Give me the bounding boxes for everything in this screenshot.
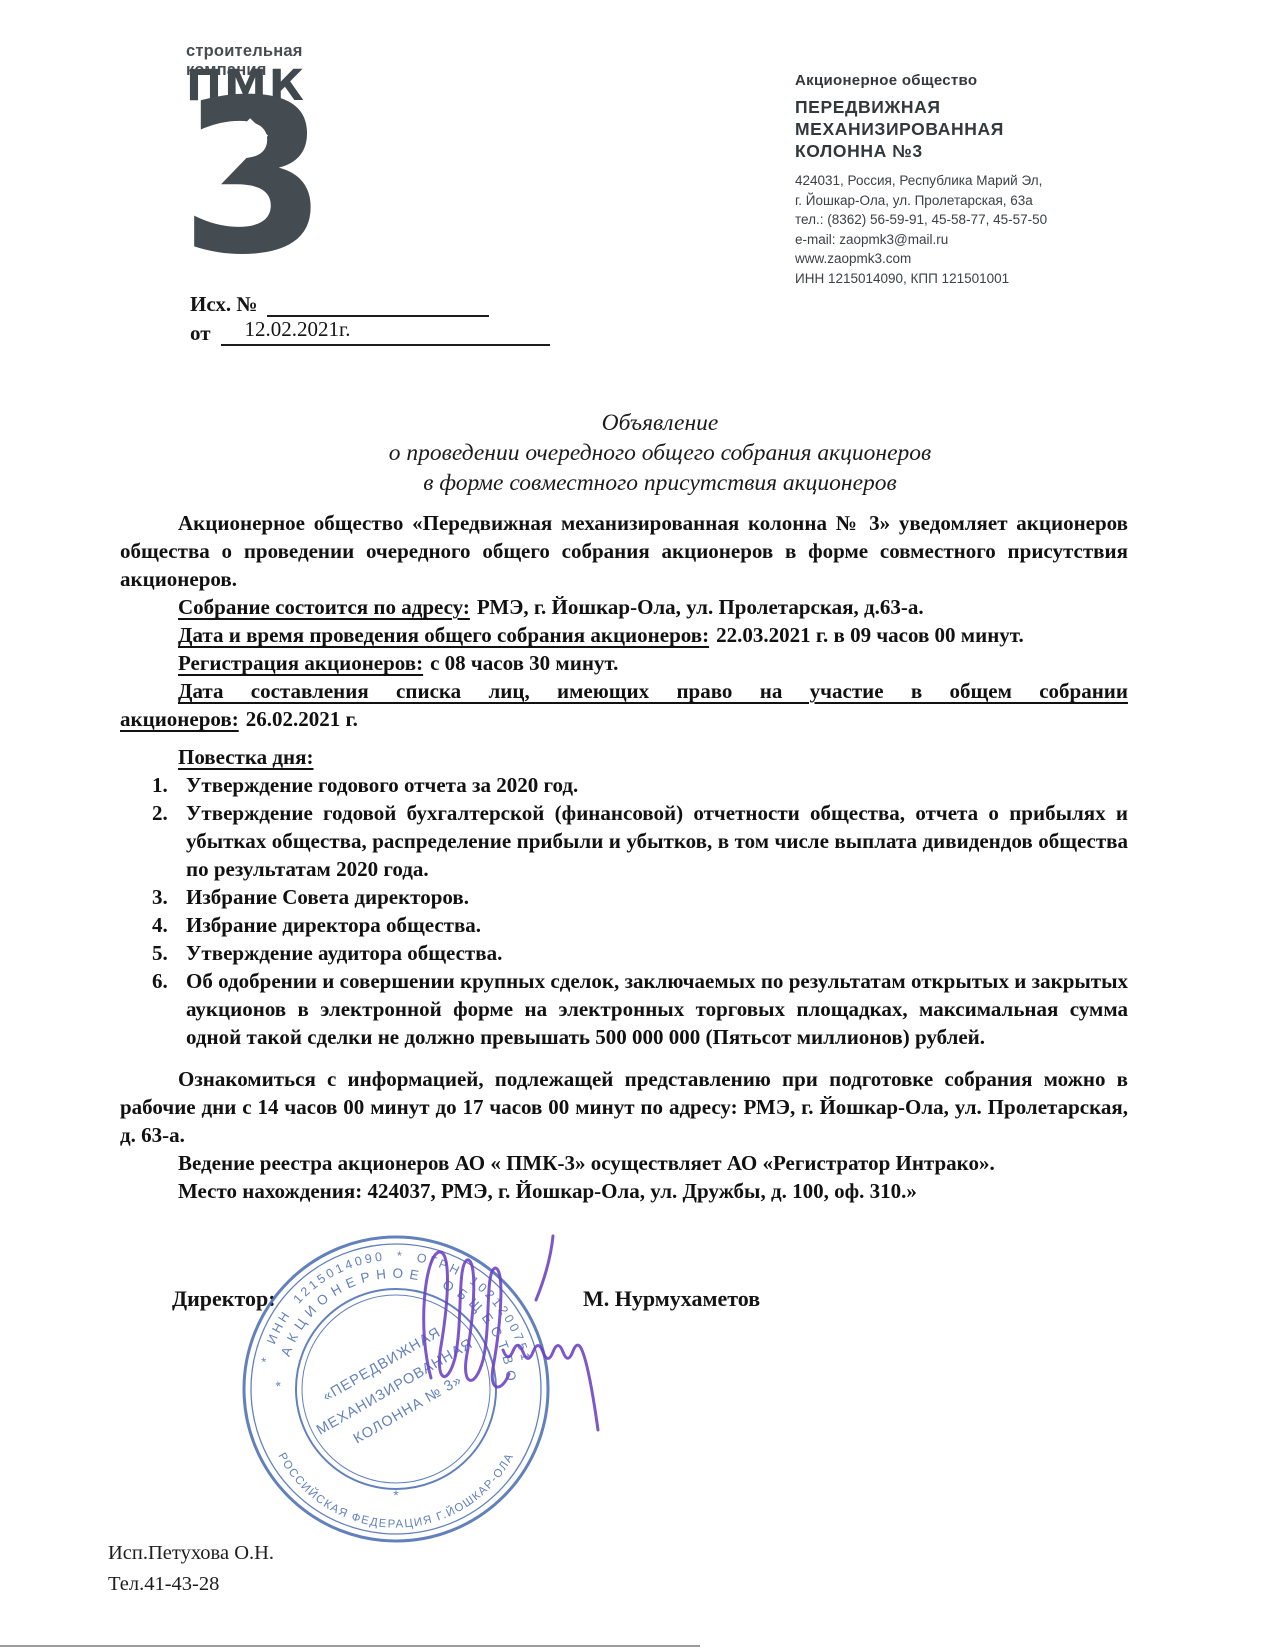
agenda-item-5: 5. Утверждение аудитора общества. [120, 939, 1128, 967]
company-info-block: Акционерное общество ПЕРЕДВИЖНАЯ МЕХАНИЗ… [795, 72, 1155, 288]
agenda-item-3: 3. Избрание Совета директоров. [120, 883, 1128, 911]
agenda-item-6: 6. Об одобрении и совершении крупных сде… [120, 967, 1128, 1051]
director-signature [415, 1228, 615, 1438]
datetime-line: Дата и время проведения общего собрания … [120, 621, 1128, 649]
company-contacts: 424031, Россия, Республика Марий Эл, г. … [795, 171, 1155, 288]
registration-line: Регистрация акционеров:с 08 часов 30 мин… [120, 649, 1128, 677]
title-line2: о проведении очередного общего собрания … [40, 438, 1275, 468]
registrar-location-line: Место нахождения: 424037, РМЭ, г. Йошкар… [120, 1177, 1128, 1205]
registration-label: Регистрация акционеров: [178, 651, 423, 675]
executor-phone-line: Тел.41-43-28 [108, 1569, 274, 1600]
agenda-item-number: 4. [152, 911, 168, 939]
agenda-item-4: 4. Избрание директора общества. [120, 911, 1128, 939]
outgoing-number-blank [267, 288, 489, 317]
company-name-line2: МЕХАНИЗИРОВАННАЯ [795, 118, 1155, 140]
company-org-type: Акционерное общество [795, 72, 1155, 89]
document-body: Акционерное общество «Передвижная механи… [120, 509, 1128, 1205]
company-email: e-mail: zaopmk3@mail.ru [795, 230, 1155, 250]
agenda-item-number: 5. [152, 939, 168, 967]
agenda-item-number: 2. [152, 799, 168, 827]
signature-stroke-zigzag [503, 1345, 598, 1430]
record-date-line: Дата составления списка лиц, имеющих пра… [120, 677, 1128, 733]
agenda-item-number: 1. [152, 771, 168, 799]
company-name-line1: ПЕРЕДВИЖНАЯ [795, 96, 1155, 118]
company-address-line1: 424031, Россия, Республика Марий Эл, [795, 171, 1155, 191]
reference-block: Исх. № от 12.02.2021г. [190, 288, 550, 346]
registration-value: с 08 часов 30 минут. [430, 651, 618, 675]
document-title: Объявление о проведении очередного общег… [40, 408, 1275, 498]
company-website: www.zaopmk3.com [795, 249, 1155, 269]
date-label: от [190, 321, 211, 346]
agenda-item-1: 1. Утверждение годового отчета за 2020 г… [120, 771, 1128, 799]
signature-stroke-apostrophe [536, 1236, 553, 1300]
info-paragraph: Ознакомиться с информацией, подлежащей п… [120, 1065, 1128, 1149]
date-row: от 12.02.2021г. [190, 317, 550, 346]
stamp-middle-ring-star: * [393, 1487, 399, 1503]
agenda-item-text: Утверждение годового отчета за 2020 год. [186, 773, 578, 797]
executor-line: Исп.Петухова О.Н. [108, 1538, 274, 1569]
logo-numeral: 3 [180, 72, 328, 284]
agenda-item-text: Избрание директора общества. [186, 913, 481, 937]
footer-block: Исп.Петухова О.Н. Тел.41-43-28 [108, 1538, 274, 1600]
outgoing-number-row: Исх. № [190, 288, 550, 317]
scan-edge-artifact [0, 1645, 700, 1647]
company-name-line3: КОЛОННА №3 [795, 140, 1155, 162]
company-logo: строительная компания ПМК 3 [186, 42, 336, 272]
agenda-heading: Повестка дня: [120, 743, 1128, 771]
venue-value: РМЭ, г. Йошкар-Ола, ул. Пролетарская, д.… [477, 595, 924, 619]
outgoing-number-label: Исх. № [190, 292, 257, 317]
record-date-value: 26.02.2021 г. [246, 707, 358, 731]
company-phone: тел.: (8362) 56-59-91, 45-58-77, 45-57-5… [795, 210, 1155, 230]
agenda-item-number: 3. [152, 883, 168, 911]
title-line1: Объявление [40, 408, 1275, 438]
agenda-item-2: 2. Утверждение годовой бухгалтерской (фи… [120, 799, 1128, 883]
document-page: строительная компания ПМК 3 Акционерное … [0, 0, 1275, 1650]
venue-label: Собрание состоится по адресу: [178, 595, 470, 619]
registrar-line: Ведение реестра акционеров АО « ПМК-3» о… [120, 1149, 1128, 1177]
signature-stroke-loops [424, 1252, 509, 1387]
datetime-value: 22.03.2021 г. в 09 часов 00 минут. [716, 623, 1024, 647]
agenda-item-text: Утверждение годовой бухгалтерской (финан… [186, 801, 1128, 881]
title-line3: в форме совместного присутствия акционер… [40, 468, 1275, 498]
intro-paragraph: Акционерное общество «Передвижная механи… [120, 509, 1128, 593]
date-value: 12.02.2021г. [221, 317, 550, 346]
company-address-line2: г. Йошкар-Ола, ул. Пролетарская, 63а [795, 191, 1155, 211]
venue-line: Собрание состоится по адресу:РМЭ, г. Йош… [120, 593, 1128, 621]
agenda-item-text: Об одобрении и совершении крупных сделок… [186, 969, 1128, 1049]
datetime-label: Дата и время проведения общего собрания … [178, 623, 709, 647]
agenda-item-number: 6. [152, 967, 168, 995]
agenda-item-text: Утверждение аудитора общества. [186, 941, 502, 965]
company-inn-kpp: ИНН 1215014090, КПП 121501001 [795, 269, 1155, 289]
agenda-item-text: Избрание Совета директоров. [186, 885, 469, 909]
